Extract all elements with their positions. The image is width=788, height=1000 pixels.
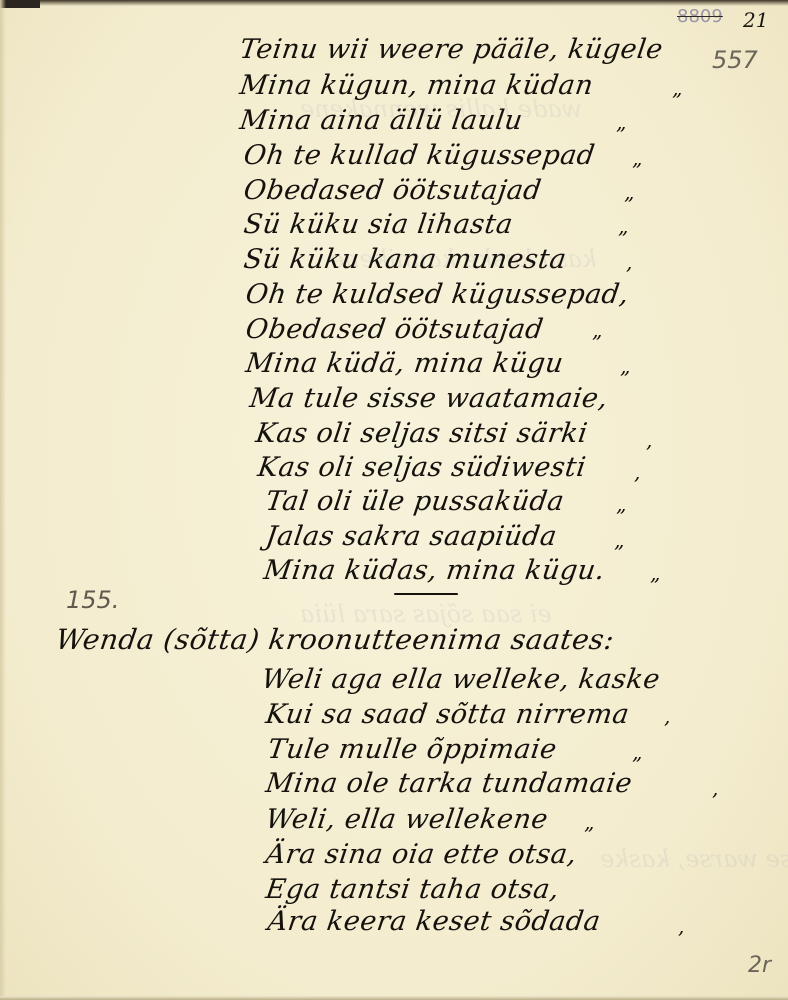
line-ending-mark: „ [584,812,594,832]
line-ending-mark: „ [618,216,628,236]
line-ending-mark: , [712,778,718,798]
poem-line: Ma tule sisse waatamaie, [248,385,609,412]
poem-line: Mina ole tarka tundamaie [264,770,634,797]
poem-line: Sü küku kana munesta [242,246,568,273]
scan-corner-shadow [0,0,40,8]
poem-line: Kas oli seljas sitsi särki [254,420,589,447]
poem-line: Jalas sakra saapiüda [264,523,559,550]
struck-archive-number: 8809 [677,6,723,27]
paper-left-shadow [0,0,6,1000]
poem-line: Weli aga ella welleke, kaske [260,666,662,693]
folio-number: 557 [712,48,758,72]
line-ending-mark: „ [620,356,630,376]
poem-line: Weli, ella wellekene [264,806,550,833]
line-ending-mark: „ [624,182,634,202]
line-ending-mark: „ [650,563,660,583]
poem-line: Mina aina ällü laulu [238,107,524,134]
line-ending-mark: „ [592,320,602,340]
section-divider [394,593,458,595]
line-ending-mark: „ [672,78,682,98]
poem-line: Oh te kuldsed kügussepad, [244,281,631,308]
line-ending-mark: , [634,462,640,482]
line-ending-mark: , [664,706,670,726]
paper-bottom-edge [0,996,788,1000]
line-ending-mark: „ [616,112,626,132]
section-heading: Wenda (sõtta) kroonutteenima saates: [54,626,616,654]
poem-line: Mina küdas, mina kügu. [262,557,607,584]
poem-line: Ära keera keset sõdada [266,908,602,935]
page-number: 21 [743,8,768,32]
line-ending-mark: , [626,252,632,272]
bleed-through-text: se warse, kaske [600,845,788,873]
poem-line: Kas oli seljas südiwesti [256,454,588,481]
line-ending-mark: „ [632,148,642,168]
line-ending-mark: „ [632,742,642,762]
poem-line: Teinu wii weere pääle, kügele [238,36,665,63]
poem-line: Tal oli üle pussaküda [264,488,566,515]
line-ending-mark: , [646,430,652,450]
corner-pencil-mark: 2r [748,955,771,977]
poem-line: Kui sa saad sõtta nirrema [264,701,631,728]
poem-line: Oh te kullad kügussepad [242,142,597,169]
poem-line: Sü küku sia lihasta [242,211,515,238]
poem-line: Ega tantsi taha otsa, [264,876,561,903]
poem-line: Obedased öötsutajad [244,316,545,343]
line-ending-mark: , [678,916,684,936]
poem-line: Mina küdä, mina kügu [244,350,565,377]
poem-line: Obedased öötsutajad [242,177,543,204]
line-ending-mark: „ [614,530,624,550]
poem-line: Ära sina oia ette otsa, [264,841,578,868]
song-number: 155. [66,588,119,612]
poem-line: Tule mulle õppimaie [266,736,558,763]
poem-line: Mina kügun, mina küdan [238,72,595,99]
line-ending-mark: „ [616,494,626,514]
paper-top-edge [0,0,788,6]
manuscript-page: wade kallis wennakene kasa kaske kaunike… [0,0,788,1000]
